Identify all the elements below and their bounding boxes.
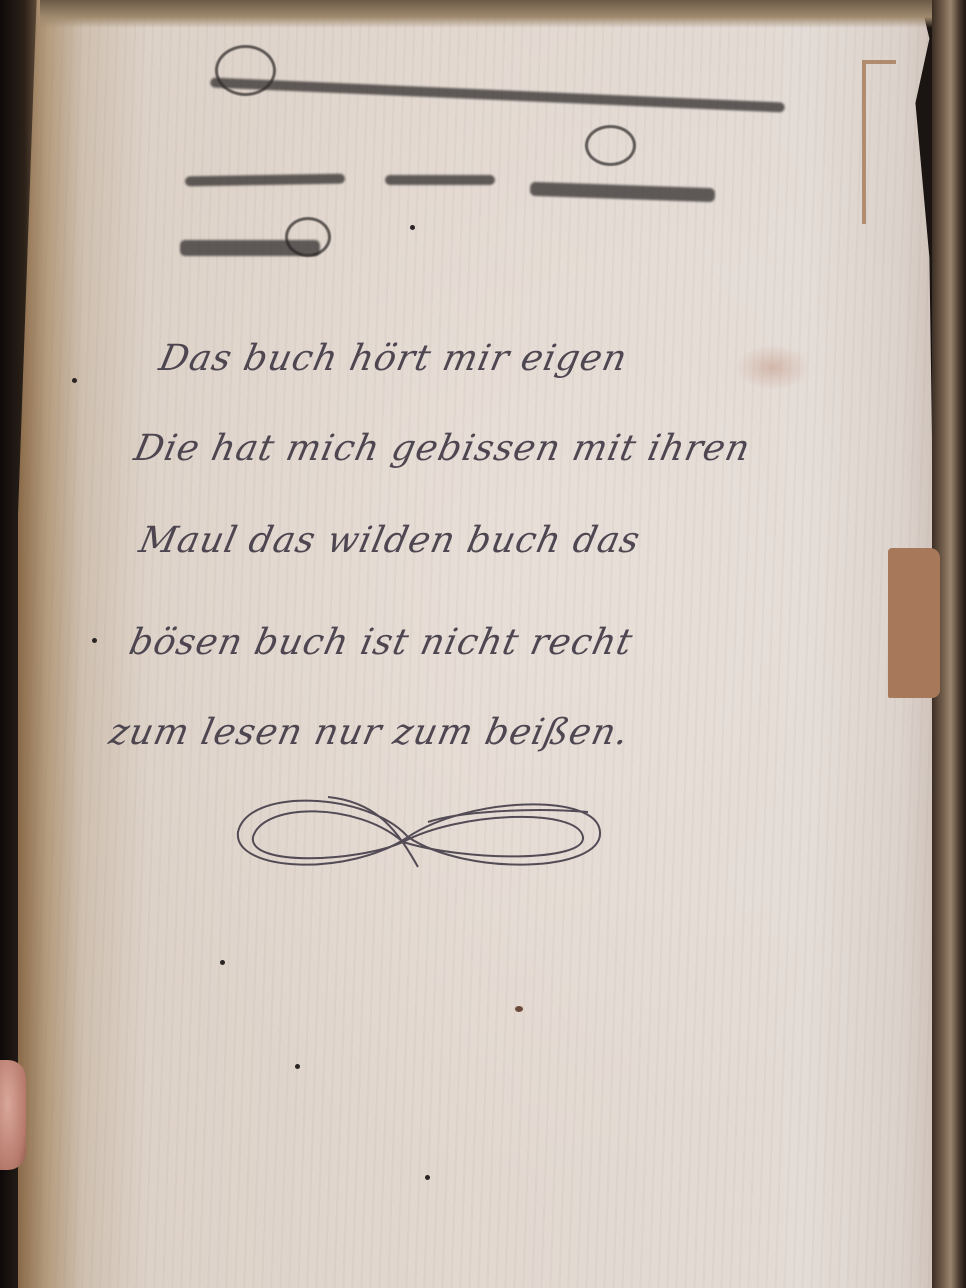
scribble-mark — [285, 217, 331, 257]
torn-paper-patch — [888, 548, 940, 698]
crossed-out-inscription — [175, 35, 795, 275]
verse-line-4: bösen buch ist nicht recht — [126, 622, 637, 663]
photo-scene: Das buch hört mir eigen Die hat mich geb… — [0, 0, 966, 1288]
verse-line-5: zum lesen nur zum beißen. — [106, 712, 633, 753]
strike-line — [530, 182, 715, 202]
scribble-mark — [585, 125, 636, 166]
water-stain — [862, 60, 896, 224]
foxing-spot — [515, 1006, 523, 1012]
infinity-flourish-ornament — [228, 782, 608, 892]
strike-line — [210, 77, 785, 112]
foxing-spot — [425, 1175, 430, 1180]
foxing-spot — [295, 1064, 300, 1069]
page-top-edge-stain — [40, 0, 940, 28]
strike-line — [185, 174, 345, 187]
foxing-spot — [92, 638, 97, 643]
foxing-spot — [410, 225, 415, 230]
verse-line-2: Die hat mich gebissen mit ihren — [131, 428, 755, 469]
ink-smudge — [735, 345, 810, 390]
foxing-spot — [220, 960, 225, 965]
thumb-holding-book — [0, 1060, 26, 1170]
verse-line-1: Das buch hört mir eigen — [156, 338, 632, 379]
verse-line-3: Maul das wilden buch das — [136, 520, 644, 561]
strike-line — [385, 175, 495, 185]
foxing-spot — [72, 378, 77, 383]
